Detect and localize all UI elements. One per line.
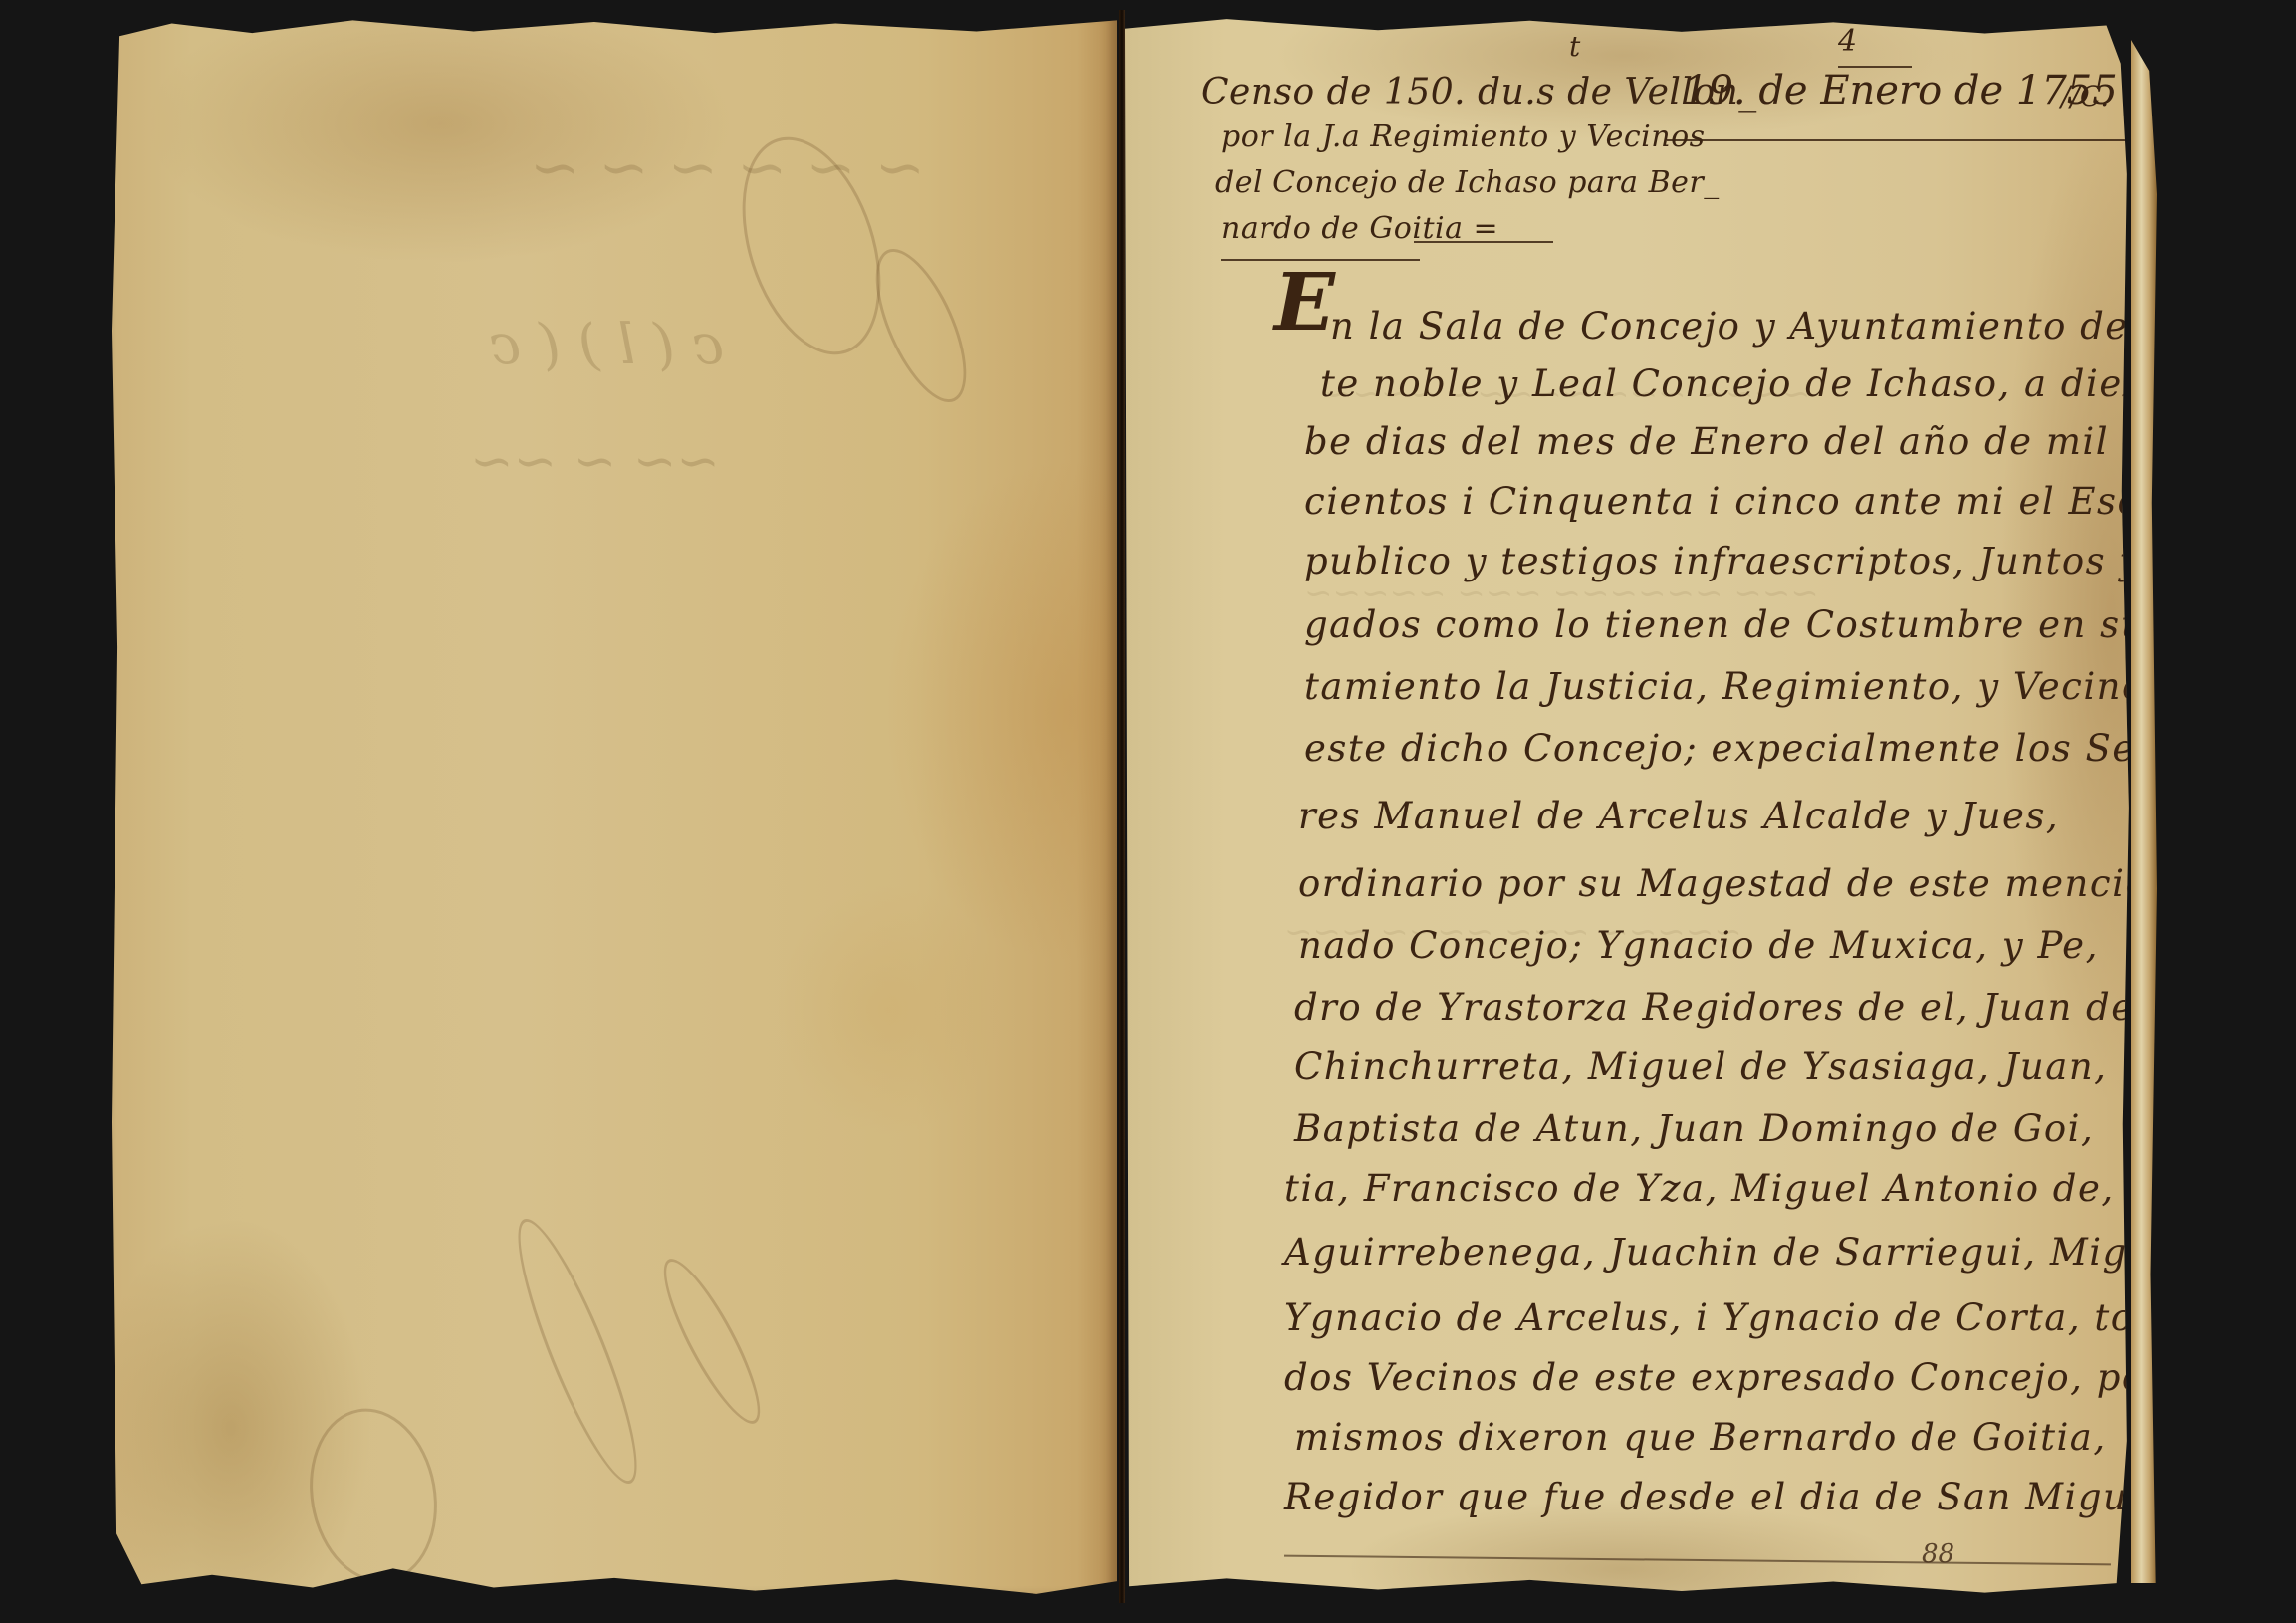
bleed-through-flourish [648, 1249, 776, 1434]
folio-rule [1838, 66, 1912, 68]
bleed-through-text: c ( l ) ( c [490, 313, 724, 377]
body-line: Baptista de Atun, Juan Domingo de Goi, [1294, 1107, 2094, 1150]
body-line: este dicho Concejo; expecialmente los Se… [1304, 727, 2197, 770]
right-page: ~~~~ ~~~ ~~~~~ ~~~~ ~~~ ~~~~~~ ~~~ ~~~~~… [1125, 16, 2137, 1599]
body-line: Ygnacio de Arcelus, i Ygnacio de Corta, … [1284, 1296, 2148, 1339]
body-line: n la Sala de Concejo y Ayuntamiento des, [1330, 305, 2162, 348]
bleed-through-text: ~~ ~ ~~ [470, 432, 720, 492]
body-line: dro de Yrastorza Regidores de el, Juan d… [1294, 986, 2148, 1029]
body-line: Chinchurreta, Miguel de Ysasiaga, Juan, [1294, 1045, 2107, 1088]
bleed-through-flourish [498, 1209, 656, 1494]
cross-mark: t [1569, 30, 1580, 63]
left-page: ~ ~ ~ ~ ~ ~ c ( l ) ( c ~~ ~ ~~ [112, 14, 1117, 1597]
book-spine [1119, 10, 1125, 1603]
marginal-heading-line: Censo de 150. du.s de Vellon_ [1201, 72, 1757, 113]
document-date: 19. de Enero de 1755 [1683, 68, 2118, 114]
body-line: res Manuel de Arcelus Alcalde y Jues, [1298, 795, 2059, 837]
initial-letter: E [1274, 255, 1335, 348]
body-line: nado Concejo; Ygnacio de Muxica, y Pe, [1298, 924, 2099, 967]
body-line: tamiento la Justicia, Regimiento, y Veci… [1304, 665, 2240, 708]
body-line: be dias del mes de Enero del año de mil … [1304, 420, 2218, 463]
body-line: te noble y Leal Concejo de Ichaso, a die… [1320, 362, 2243, 405]
catchword-marks: 88 [1922, 1539, 1954, 1569]
body-line: Regidor que fue desde el dia de San Migu… [1284, 1476, 2178, 1518]
bleed-through-flourish [857, 237, 985, 414]
date-rule [1667, 139, 2135, 141]
date-suffix: //C. [2061, 80, 2109, 113]
body-line: ordinario por su Magestad de este mencio… [1298, 862, 2162, 905]
closing-rule [1284, 1555, 2111, 1565]
body-line: mismos dixeron que Bernardo de Goitia, [1294, 1416, 2107, 1459]
bleed-through-text: ~ ~ ~ ~ ~ ~ [530, 133, 925, 203]
heading-rule [1414, 241, 1553, 243]
marginal-heading-line: por la J.a Regimiento y Vecinos [1221, 119, 1706, 154]
body-line: dos Vecinos de este expresado Concejo, p… [1284, 1356, 2224, 1399]
bleed-through-flourish [297, 1398, 451, 1592]
body-line: tia, Francisco de Yza, Miguel Antonio de… [1284, 1167, 2115, 1210]
folio-number: 4 [1838, 24, 1857, 59]
body-line: Aguirrebenega, Juachin de Sarriegui, Mig… [1284, 1231, 2202, 1274]
marginal-heading-line: del Concejo de Ichaso para Ber_ [1215, 165, 1720, 200]
